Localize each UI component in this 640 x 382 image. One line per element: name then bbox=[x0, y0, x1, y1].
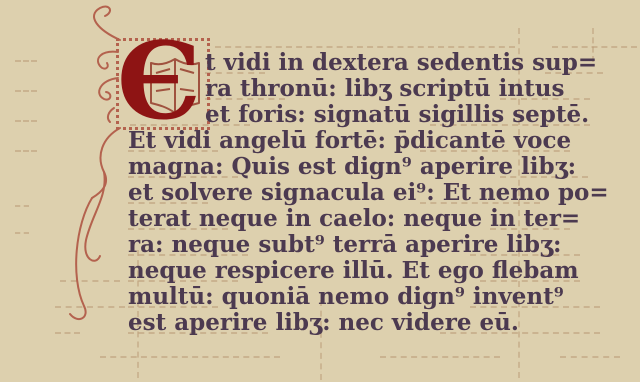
manuscript-line: neque respicere illū. Et ego flebam bbox=[128, 258, 579, 284]
ruling-line bbox=[15, 232, 29, 234]
manuscript-line: t vidi in dextera sedentis sup= bbox=[205, 50, 597, 76]
manuscript-line: ra thronū: libʒ scriptū intus bbox=[205, 76, 564, 102]
manuscript-line: Et vidi angelū fortē: p̄dicantē voce bbox=[128, 128, 571, 154]
ruling-line bbox=[100, 356, 280, 358]
ruling-line bbox=[15, 150, 37, 152]
illuminated-initial: Є bbox=[116, 38, 210, 130]
manuscript-line: multū: quoniā nemo dign⁹ invent⁹ bbox=[128, 284, 564, 310]
ruling-line bbox=[15, 205, 29, 207]
ruling-line bbox=[560, 356, 620, 358]
manuscript-line: et foris: signatū sigillis septē. bbox=[205, 102, 589, 128]
manuscript-line: et solvere signacula ei⁹: Et nemo po= bbox=[128, 180, 609, 206]
manuscript-line: ra: neque subt⁹ terrā aperire libʒ: bbox=[128, 232, 562, 258]
ruling-line bbox=[552, 46, 637, 48]
ruling-line bbox=[215, 46, 515, 48]
ruling-line bbox=[15, 60, 37, 62]
initial-letter: Є bbox=[115, 25, 203, 137]
ruling-line bbox=[15, 90, 37, 92]
ruling-line bbox=[15, 120, 37, 122]
manuscript-line: terat neque in caelo: neque in ter= bbox=[128, 206, 580, 232]
manuscript-line: est aperire libʒ: nec videre eū. bbox=[128, 310, 519, 336]
ruling-line bbox=[380, 356, 500, 358]
manuscript-line: magna: Quis est dign⁹ aperire libʒ: bbox=[128, 154, 576, 180]
manuscript-page: Є t vidi in dextera sedentis sup=ra thro… bbox=[0, 0, 640, 382]
